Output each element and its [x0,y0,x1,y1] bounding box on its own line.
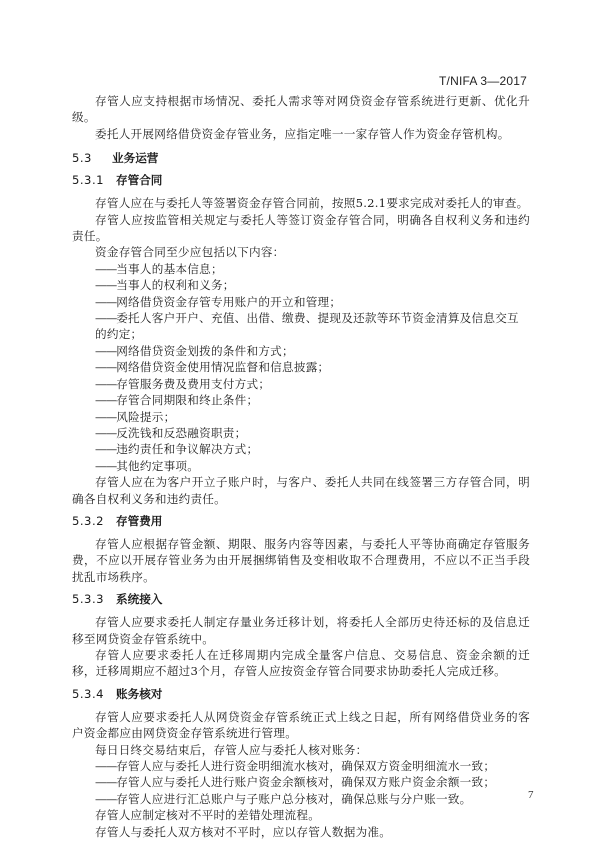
intro-paragraph: 存管人应支持根据市场情况、委托人需求等对网贷资金存管系统进行更新、优化升级。 [72,93,530,126]
paragraph: 资金存管合同至少应包括以下内容： [72,244,530,260]
list-item: ——网络借贷资金划拨的条件和方式； [72,343,530,359]
intro-paragraph: 委托人开展网络借贷资金存管业务，应指定唯一一家存管人作为资金存管机构。 [72,126,530,142]
list-item: ——委托人客户开户、充值、出借、缴费、提现及还款等环节资金清算及信息交互的约定； [72,310,530,343]
paragraph: 存管人与委托人双方核对不平时，应以存管人数据为准。 [72,824,530,840]
section-heading-5-3: 5.3业务运营 [72,150,530,166]
section-heading-5-3-3: 5.3.3系统接入 [72,591,530,607]
paragraph: 存管人应要求委托人从网贷资金存管系统正式上线之日起，所有网络借贷业务的客户资金都… [72,709,530,742]
paragraph: 存管人应要求委托人在迁移周期内完成全量客户信息、交易信息、资金余额的迁移，迁移周… [72,647,530,680]
section-title: 存管费用 [116,514,162,528]
list-item: ——存管服务费及费用支付方式； [72,376,530,392]
list-item: ——当事人的基本信息； [72,261,530,277]
paragraph: 存管人应要求委托人制定存量业务迁移计划，将委托人全部历史待还标的及信息迁移至网贷… [72,614,530,647]
document-body: 存管人应支持根据市场情况、委托人需求等对网贷资金存管系统进行更新、优化升级。 委… [72,93,530,840]
list-item: ——存管人应进行汇总账户与子账户总分核对，确保总账与分户账一致。 [72,791,530,807]
section-title: 账务核对 [116,687,162,701]
section-heading-5-3-4: 5.3.4账务核对 [72,686,530,702]
section-heading-5-3-2: 5.3.2存管费用 [72,513,530,529]
list-item: ——违约责任和争议解决方式； [72,441,530,457]
section-number: 5.3.2 [72,513,116,529]
list-item: ——存管人应与委托人进行账户资金余额核对，确保双方账户资金余额一致； [72,774,530,790]
paragraph: 存管人应在为客户开立子账户时，与客户、委托人共同在线签署三方存管合同，明确各自权… [72,474,530,507]
page-number: 7 [528,789,534,801]
list-item: ——存管人应与委托人进行资金明细流水核对，确保双方资金明细流水一致； [72,758,530,774]
paragraph: 存管人应制定核对不平时的差错处理流程。 [72,807,530,823]
list-item: ——网络借贷资金使用情况监督和信息披露； [72,359,530,375]
list-item: ——网络借贷资金存管专用账户的开立和管理； [72,294,530,310]
list-item: ——反洗钱和反恐融资职责； [72,425,530,441]
standard-code: T/NIFA 3—2017 [439,74,527,88]
section-title: 业务运营 [112,151,158,165]
list-item: ——风险提示； [72,409,530,425]
list-item: ——存管合同期限和终止条件； [72,392,530,408]
section-number: 5.3.1 [72,172,116,188]
paragraph: 存管人应在与委托人等签署资金存管合同前，按照5.2.1要求完成对委托人的审查。 [72,195,530,211]
paragraph: 每日日终交易结束后，存管人应与委托人核对账务： [72,742,530,758]
section-title: 存管合同 [116,173,162,187]
section-number: 5.3 [72,150,112,166]
section-title: 系统接入 [116,592,162,606]
section-number: 5.3.4 [72,686,116,702]
paragraph: 存管人应根据存管金额、期限、服务内容等因素，与委托人平等协商确定存管服务费，不应… [72,536,530,585]
paragraph: 存管人应按监管相关规定与委托人等签订资金存管合同，明确各自权利义务和违约责任。 [72,212,530,245]
list-item: ——当事人的权利和义务； [72,277,530,293]
list-item: ——其他约定事项。 [72,458,530,474]
section-number: 5.3.3 [72,591,116,607]
section-heading-5-3-1: 5.3.1存管合同 [72,172,530,188]
